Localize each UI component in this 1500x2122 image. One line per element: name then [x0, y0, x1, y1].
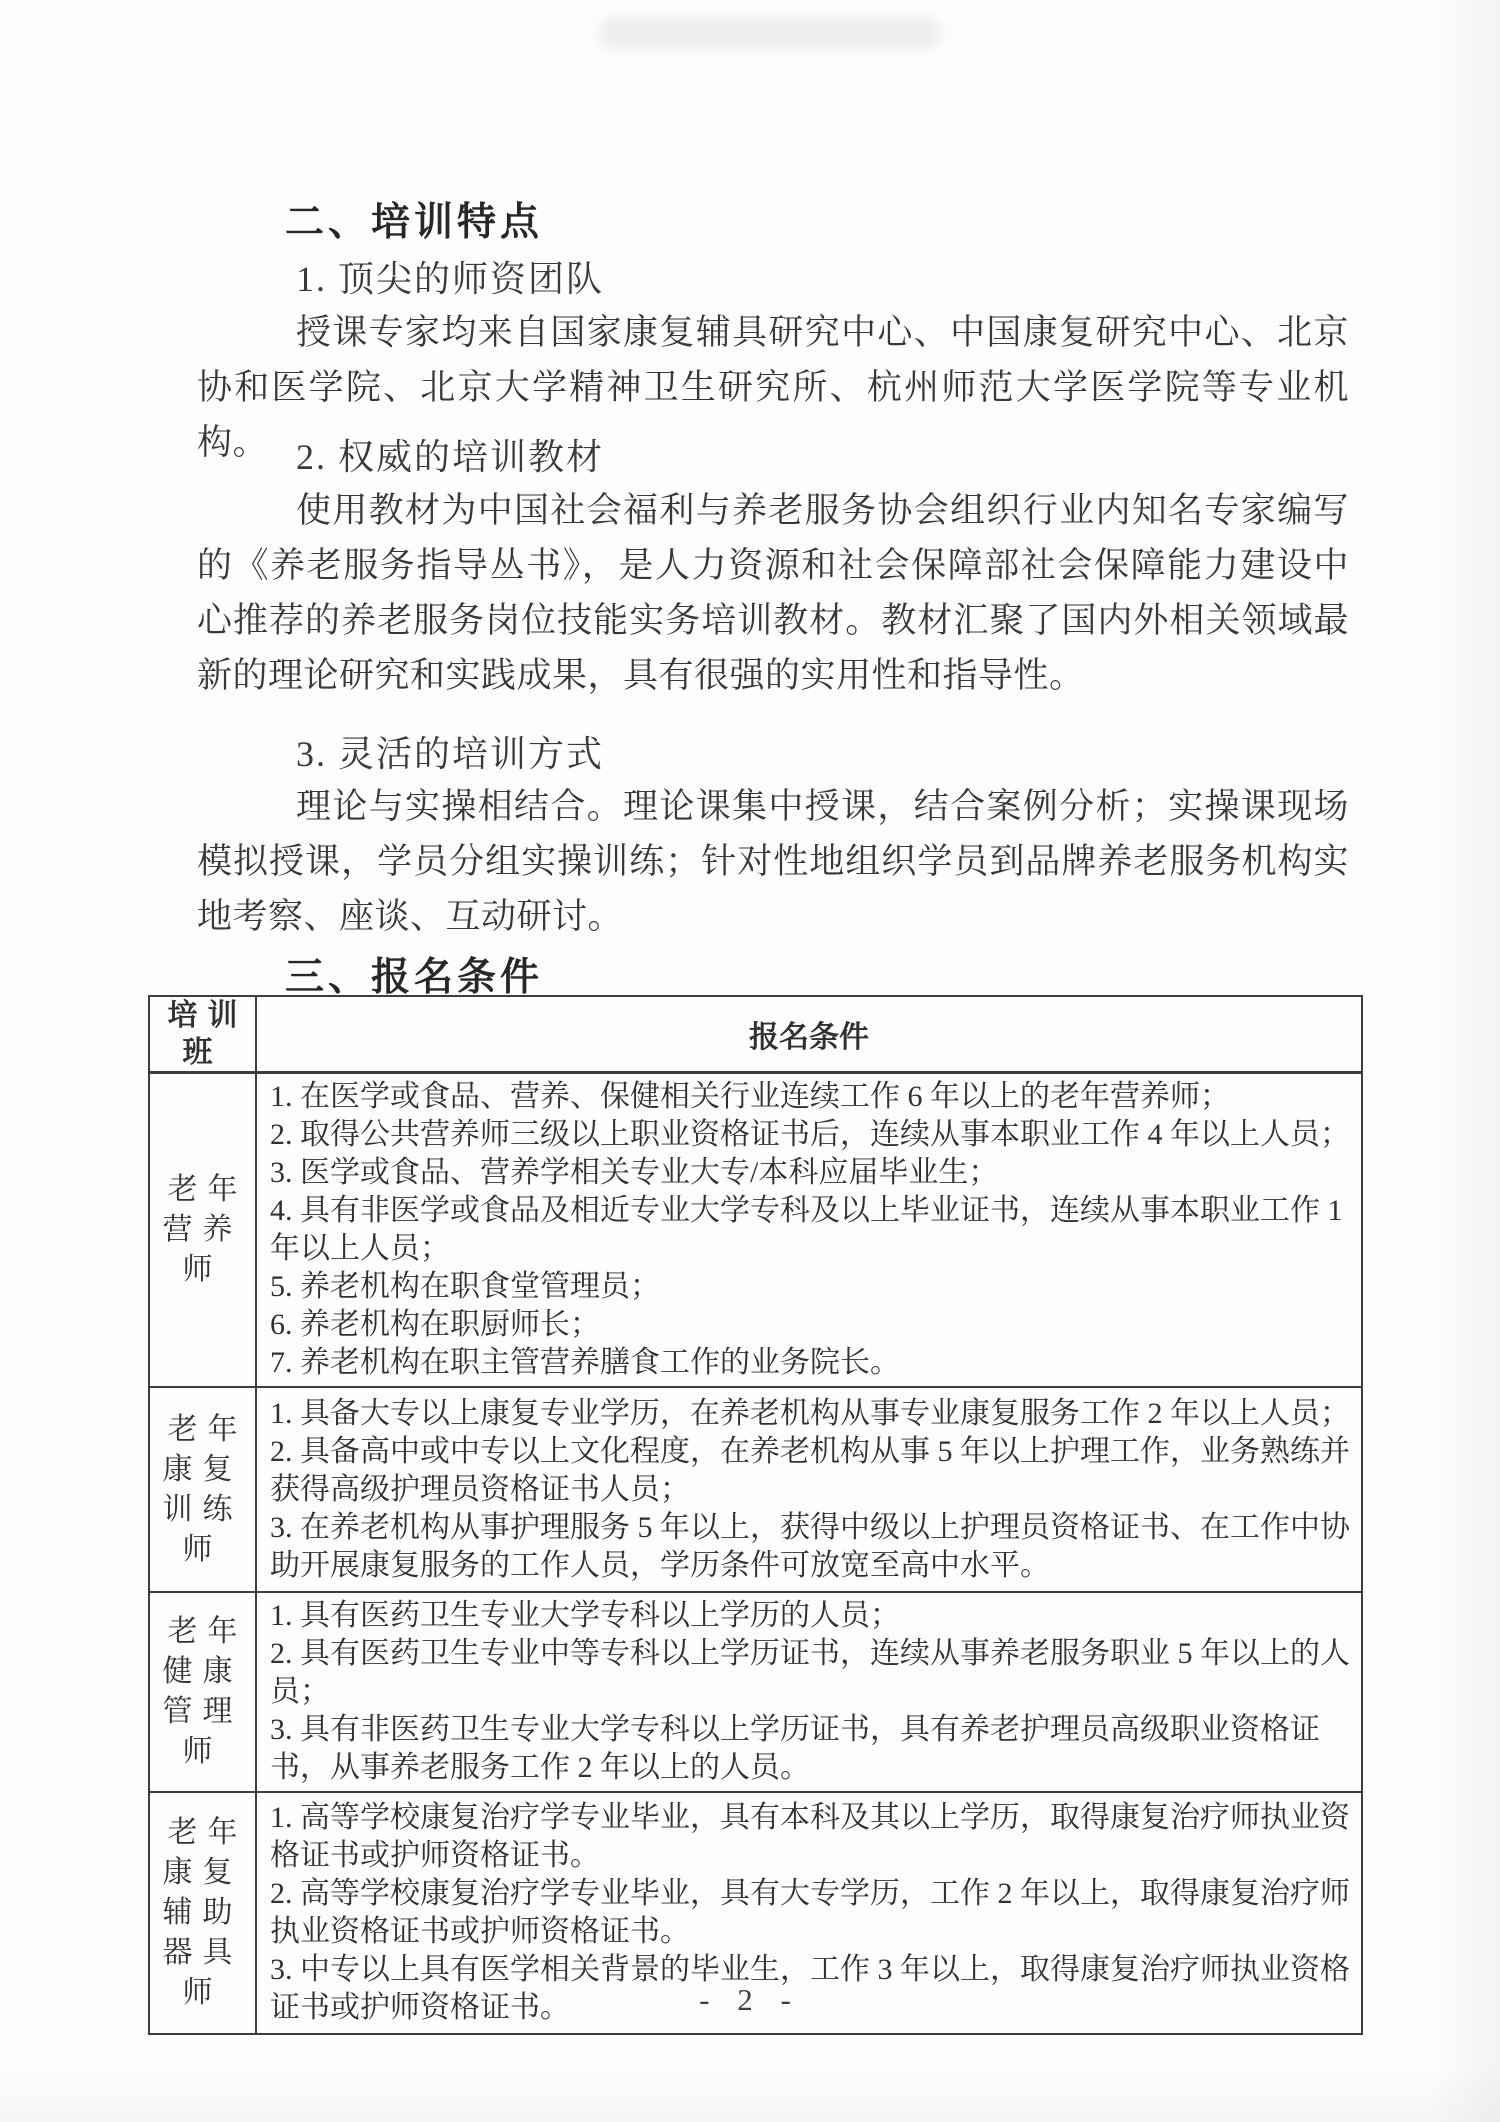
condition-item: 3. 在养老机构从事护理服务 5 年以上，获得中级以上护理员资格证书、在工作中协…: [270, 1509, 1353, 1585]
scanned-document-page: 二、培训特点 1. 顶尖的师资团队 授课专家均来自国家康复辅具研究中心、中国康复…: [0, 0, 1500, 2122]
subheading-teaching-team: 1. 顶尖的师资团队: [296, 251, 604, 302]
footer-page-number: - 2 -: [0, 1982, 1500, 2018]
condition-item: 3. 医学或食品、营养学相关专业大专/本科应届毕业生；: [270, 1154, 1353, 1192]
registration-conditions-table: 培训班 报名条件 老年营养师 1. 在医学或食品、营养、保健相关行业连续工作 6…: [148, 995, 1363, 2035]
condition-item: 1. 在医学或食品、营养、保健相关行业连续工作 6 年以上的老年营养师；: [270, 1078, 1353, 1116]
training-class-name: 老年营养师: [149, 1073, 256, 1388]
conditions-cell: 1. 具有医药卫生专业大学专科以上学历的人员； 2. 具有医药卫生专业中等专科以…: [256, 1592, 1362, 1792]
training-class-name: 老年健康管理师: [149, 1592, 256, 1792]
condition-item: 4. 具有非医学或食品及相近专业大学专科及以上毕业证书，连续从事本职业工作 1 …: [270, 1192, 1353, 1268]
table-row: 老年营养师 1. 在医学或食品、营养、保健相关行业连续工作 6 年以上的老年营养…: [149, 1073, 1362, 1388]
section-heading-training-features: 二、培训特点: [285, 191, 543, 247]
scan-artifact: [600, 18, 940, 48]
scan-artifact: [1430, 0, 1500, 2122]
paragraph-training-materials: 使用教材为中国社会福利与养老服务协会组织行业内知名专家编写的《养老服务指导丛书》…: [197, 483, 1349, 703]
scan-artifact: [0, 2062, 1500, 2122]
table-header-row: 培训班 报名条件: [149, 996, 1362, 1073]
condition-item: 2. 取得公共营养师三级以上职业资格证书后，连续从事本职业工作 4 年以上人员；: [270, 1116, 1353, 1154]
condition-item: 7. 养老机构在职主管营养膳食工作的业务院长。: [270, 1344, 1353, 1382]
section-heading-registration-conditions: 三、报名条件: [285, 946, 543, 1002]
table-row: 老年康复训练师 1. 具备大专以上康复专业学历，在养老机构从事专业康复服务工作 …: [149, 1387, 1362, 1592]
column-header-registration-conditions: 报名条件: [256, 996, 1362, 1073]
paragraph-training-methods: 理论与实操相结合。理论课集中授课，结合案例分析；实操课现场模拟授课，学员分组实操…: [197, 779, 1349, 944]
condition-item: 6. 养老机构在职厨师长；: [270, 1306, 1353, 1344]
condition-item: 5. 养老机构在职食堂管理员；: [270, 1268, 1353, 1306]
conditions-cell: 1. 具备大专以上康复专业学历，在养老机构从事专业康复服务工作 2 年以上人员；…: [256, 1387, 1362, 1592]
condition-item: 2. 高等学校康复治疗学专业毕业，具有大专学历，工作 2 年以上，取得康复治疗师…: [270, 1875, 1353, 1951]
conditions-cell: 1. 在医学或食品、营养、保健相关行业连续工作 6 年以上的老年营养师； 2. …: [256, 1073, 1362, 1388]
column-header-training-class: 培训班: [149, 996, 256, 1073]
subheading-training-methods: 3. 灵活的培训方式: [296, 726, 604, 777]
table-row: 老年健康管理师 1. 具有医药卫生专业大学专科以上学历的人员； 2. 具有医药卫…: [149, 1592, 1362, 1792]
condition-item: 1. 高等学校康复治疗学专业毕业，具有本科及其以上学历，取得康复治疗师执业资格证…: [270, 1799, 1353, 1875]
training-class-name: 老年康复训练师: [149, 1387, 256, 1592]
condition-item: 3. 具有非医药卫生专业大学专科以上学历证书，具有养老护理员高级职业资格证书，从…: [270, 1711, 1353, 1787]
subheading-training-materials: 2. 权威的培训教材: [296, 429, 604, 480]
condition-item: 1. 具备大专以上康复专业学历，在养老机构从事专业康复服务工作 2 年以上人员；: [270, 1395, 1353, 1433]
condition-item: 2. 具有医药卫生专业中等专科以上学历证书，连续从事养老服务职业 5 年以上的人…: [270, 1635, 1353, 1711]
condition-item: 2. 具备高中或中专以上文化程度，在养老机构从事 5 年以上护理工作，业务熟练并…: [270, 1433, 1353, 1509]
condition-item: 1. 具有医药卫生专业大学专科以上学历的人员；: [270, 1597, 1353, 1635]
